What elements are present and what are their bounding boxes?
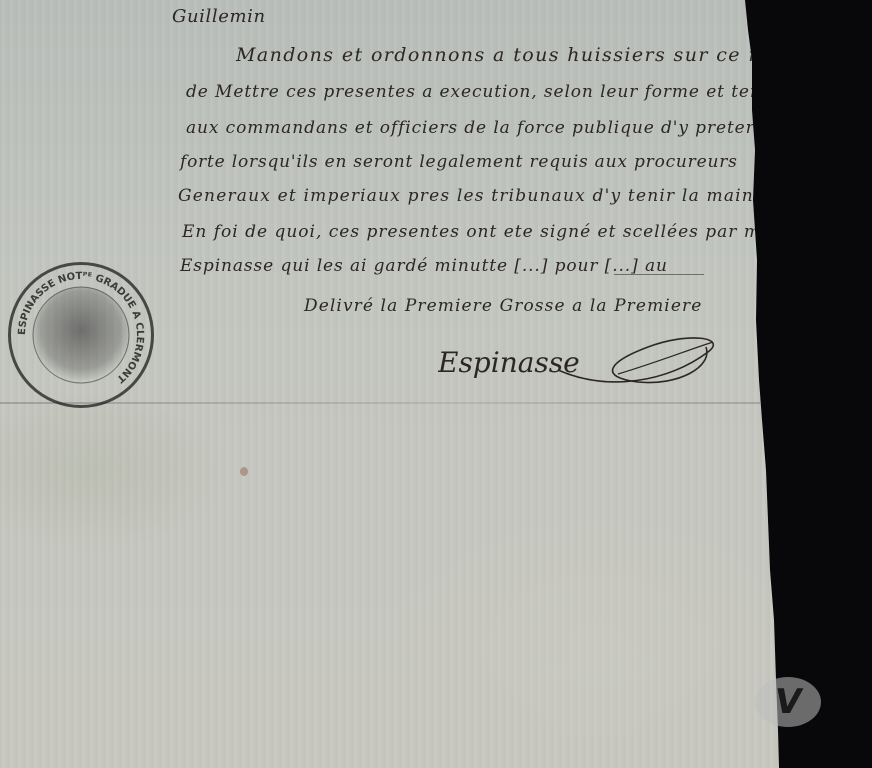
document-photo: Guillemin Mandons et ordonnons a tous hu… [0,0,872,768]
handwritten-line-7: En foi de quoi, ces presentes ont ete si… [182,222,779,242]
stain-spot [240,467,248,476]
seal-ring-text: ESPINASSE NOTᴾᴱ GRADUE A CLERMONT [11,265,151,405]
handwritten-line-1: Guillemin [172,6,266,27]
signature-flourish-icon: Espinasse [438,322,728,402]
svg-text:Espinasse: Espinasse [438,346,580,379]
handwritten-line-5: forte lorsqu'ils en seront legalement re… [180,152,738,172]
handwritten-delivery-note: Delivré la Premiere Grosse a la Premiere [304,296,702,316]
line-filler-dash [614,274,704,275]
handwritten-line-8: Espinasse qui les ai gardé minutte [...]… [180,256,668,276]
handwritten-line-2: Mandons et ordonnons a tous huissiers su… [236,44,817,66]
watermark-letter: V [772,685,804,719]
handwritten-line-6: Generaux et imperiaux pres les tribunaux… [178,186,754,206]
signature: Espinasse [438,322,728,406]
handwritten-line-3: de Mettre ces presentes a execution, sel… [186,82,794,102]
svg-text:ESPINASSE NOTᴾᴱ GRADUE A CLERM: ESPINASSE NOTᴾᴱ GRADUE A CLERMONT [17,271,145,385]
watermark-logo: V [755,677,821,727]
handwritten-line-4: aux commandans et officiers de la force … [186,118,807,138]
notary-stamp-seal: ESPINASSE NOTᴾᴱ GRADUE A CLERMONT [8,262,154,408]
paper-sheet: Guillemin Mandons et ordonnons a tous hu… [0,0,872,768]
